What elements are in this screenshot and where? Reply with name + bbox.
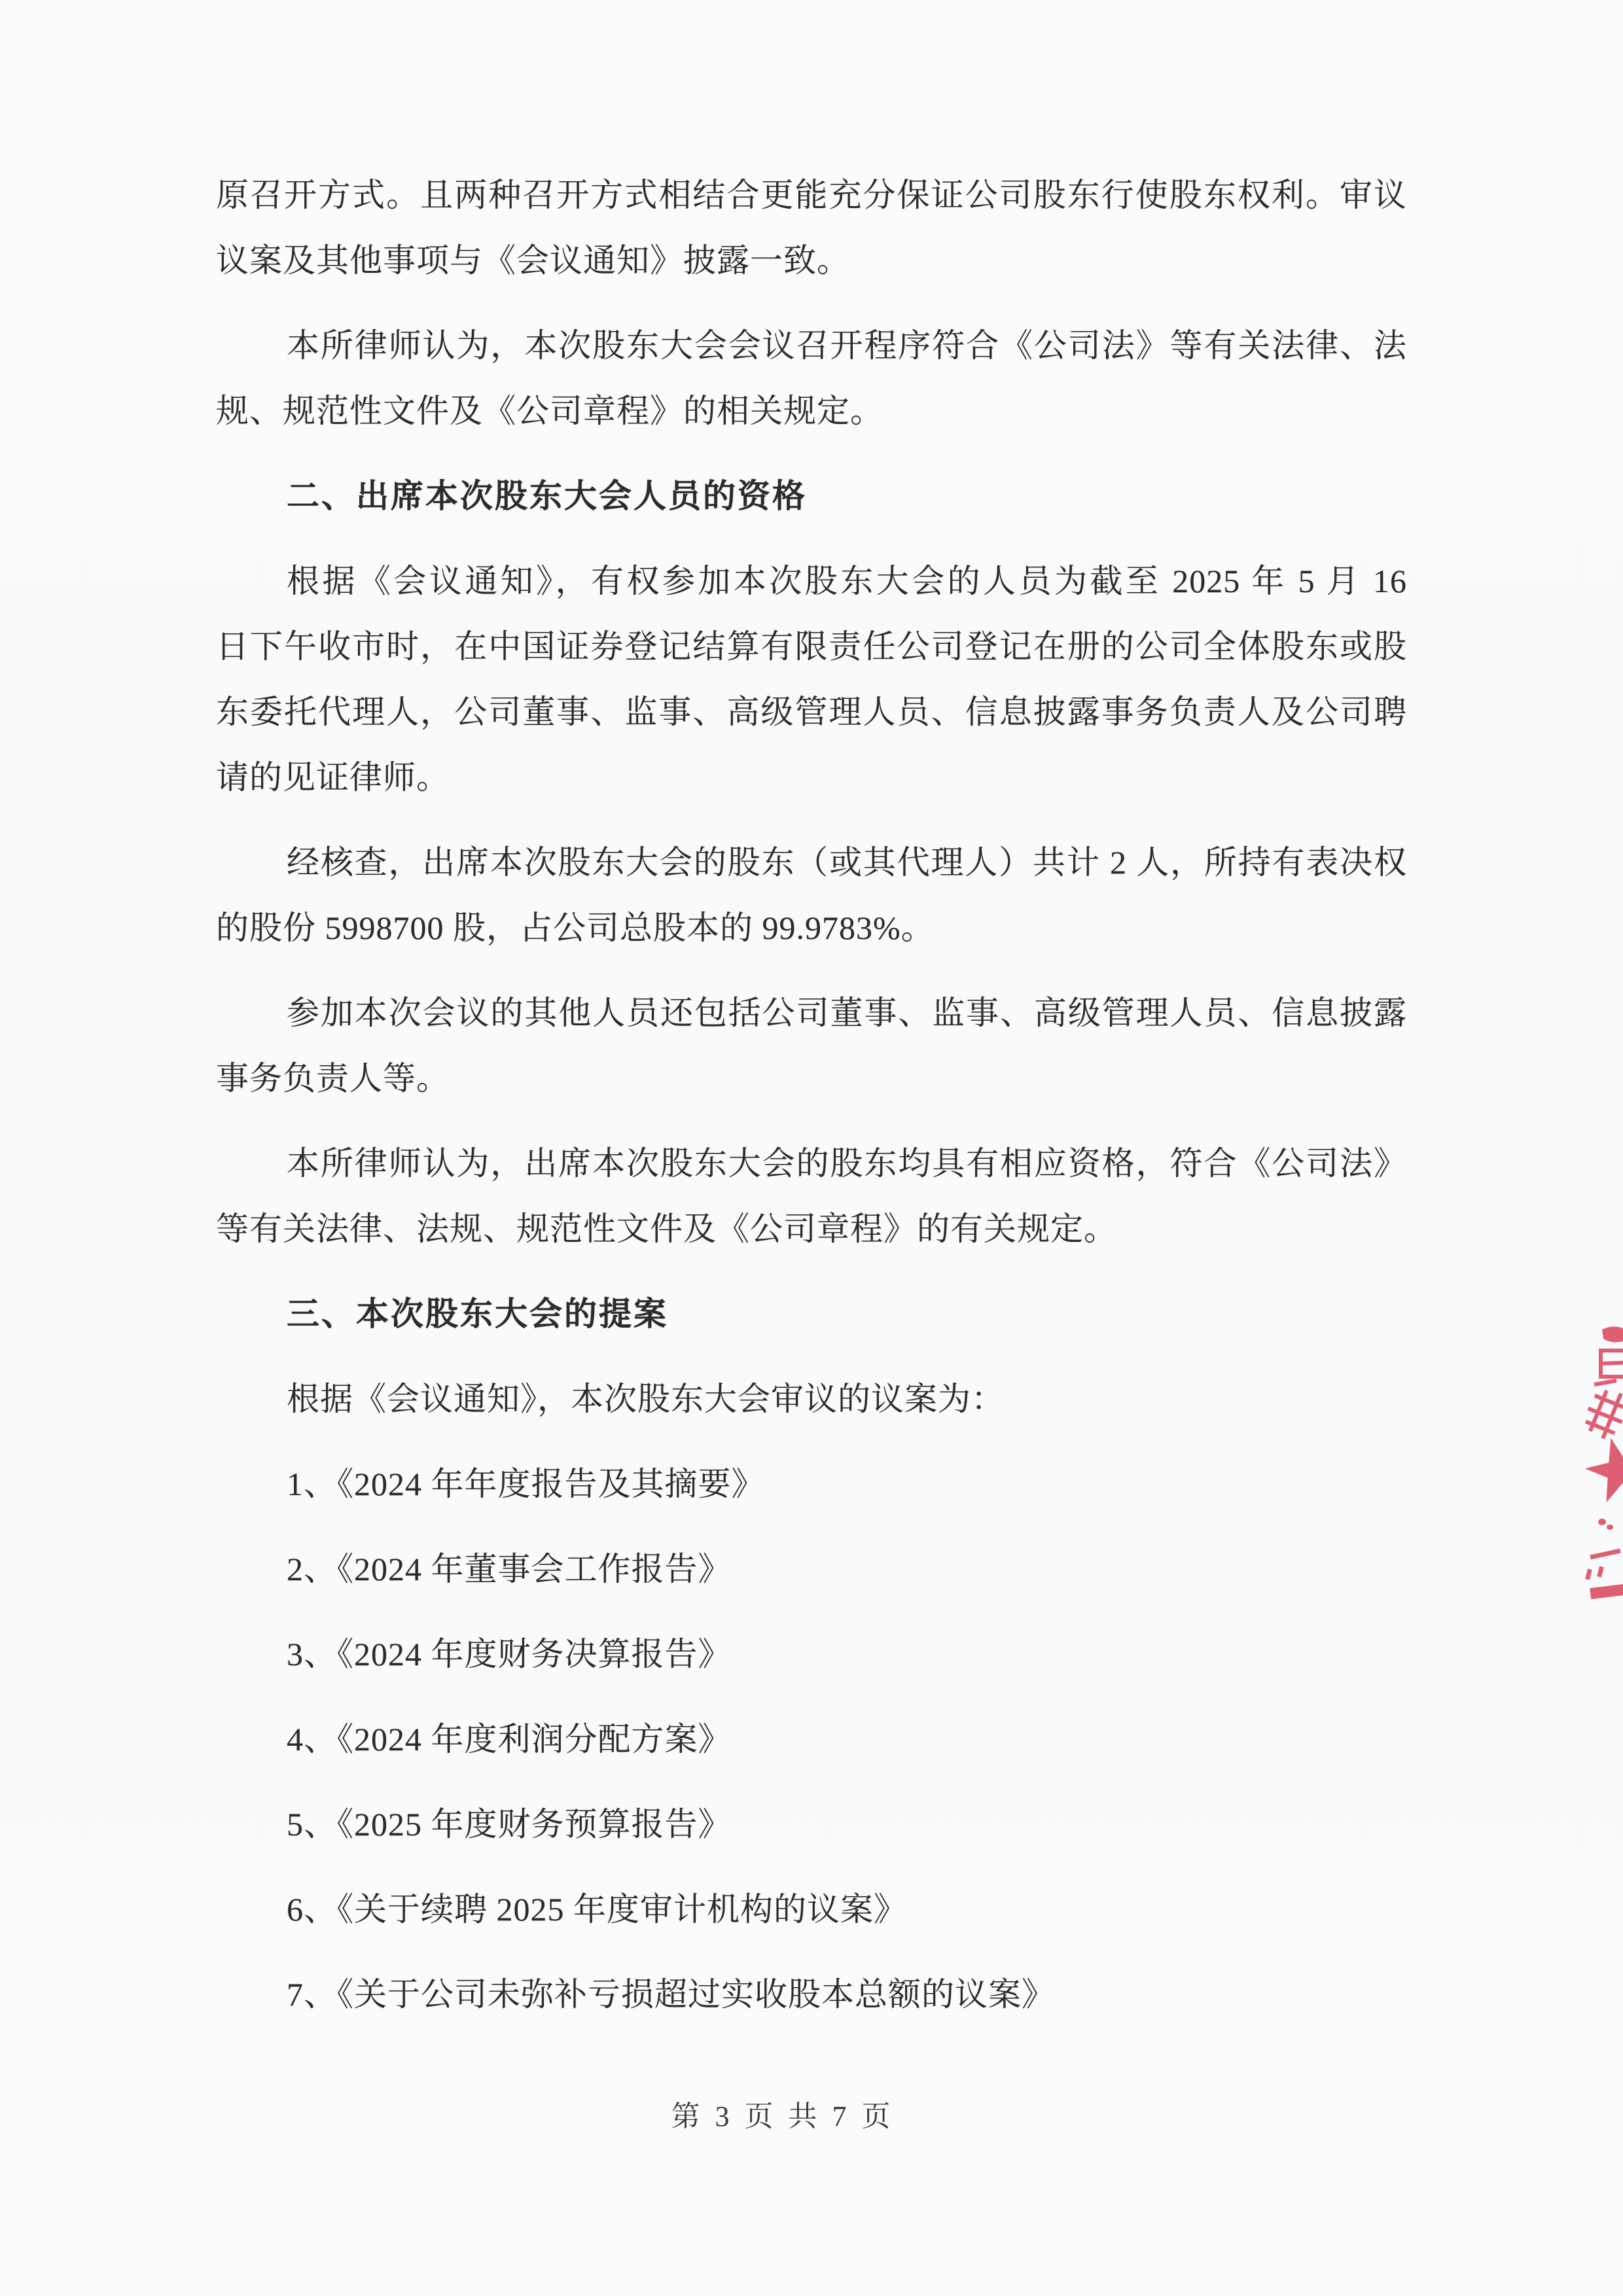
page-number-footer: 第 3 页 共 7 页 — [0, 2097, 1565, 2136]
text-line: 4、《2024 年度利润分配方案》 — [216, 1706, 1407, 1772]
document-page: 原召开方式。且两种召开方式相结合更能充分保证公司股东行使股东权利。审议议案及其他… — [0, 0, 1623, 2296]
proposal-list-item: 6、《关于续聘 2025 年度审计机构的议案》 — [216, 1877, 1407, 1942]
text-line: 事务负责人等。 — [216, 1046, 1407, 1111]
text-line: 6、《关于续聘 2025 年度审计机构的议案》 — [216, 1877, 1407, 1942]
proposal-list-item: 2、《2024 年董事会工作报告》 — [216, 1536, 1407, 1602]
section-heading: 三、本次股东大会的提案 — [216, 1281, 1407, 1347]
text-line: 根据《会议通知》，本次股东大会审议的议案为： — [216, 1366, 1407, 1432]
body-paragraph: 经核查，出席本次股东大会的股东（或其代理人）共计 2 人，所持有表决权的股份 5… — [216, 830, 1407, 961]
proposal-list-item: 4、《2024 年度利润分配方案》 — [216, 1706, 1407, 1772]
proposal-list-item: 3、《2024 年度财务决算报告》 — [216, 1621, 1407, 1687]
body-paragraph: 根据《会议通知》，有权参加本次股东大会的人员为截至 2025 年 5 月 16日… — [216, 548, 1407, 810]
body-paragraph: 本所律师认为，本次股东大会会议召开程序符合《公司法》等有关法律、法规、规范性文件… — [216, 313, 1407, 444]
text-line: 2、《2024 年董事会工作报告》 — [216, 1536, 1407, 1602]
body-paragraph: 参加本次会议的其他人员还包括公司董事、监事、高级管理人员、信息披露事务负责人等。 — [216, 980, 1407, 1111]
proposal-list-item: 5、《2025 年度财务预算报告》 — [216, 1792, 1407, 1857]
text-line: 参加本次会议的其他人员还包括公司董事、监事、高级管理人员、信息披露 — [216, 980, 1407, 1046]
text-line: 东委托代理人，公司董事、监事、高级管理人员、信息披露事务负责人及公司聘 — [216, 679, 1407, 745]
text-line: 7、《关于公司未弥补亏损超过实收股本总额的议案》 — [216, 1962, 1407, 2027]
official-seal-stamp-icon — [1564, 1322, 1623, 1610]
body-paragraph: 原召开方式。且两种召开方式相结合更能充分保证公司股东行使股东权利。审议议案及其他… — [216, 162, 1407, 293]
text-line: 5、《2025 年度财务预算报告》 — [216, 1792, 1407, 1857]
text-line: 三、本次股东大会的提案 — [216, 1281, 1407, 1347]
body-paragraph: 根据《会议通知》，本次股东大会审议的议案为： — [216, 1366, 1407, 1432]
text-line: 根据《会议通知》，有权参加本次股东大会的人员为截至 2025 年 5 月 16 — [216, 548, 1407, 614]
text-line: 请的见证律师。 — [216, 745, 1407, 810]
text-line: 3、《2024 年度财务决算报告》 — [216, 1621, 1407, 1687]
text-line: 等有关法律、法规、规范性文件及《公司章程》的有关规定。 — [216, 1196, 1407, 1262]
text-line: 规、规范性文件及《公司章程》的相关规定。 — [216, 378, 1407, 444]
text-line: 二、出席本次股东大会人员的资格 — [216, 463, 1407, 529]
proposal-list-item: 7、《关于公司未弥补亏损超过实收股本总额的议案》 — [216, 1962, 1407, 2027]
text-line: 原召开方式。且两种召开方式相结合更能充分保证公司股东行使股东权利。审议 — [216, 162, 1407, 228]
text-line: 1、《2024 年年度报告及其摘要》 — [216, 1451, 1407, 1517]
document-body: 原召开方式。且两种召开方式相结合更能充分保证公司股东行使股东权利。审议议案及其他… — [216, 162, 1407, 2027]
text-line: 日下午收市时，在中国证券登记结算有限责任公司登记在册的公司全体股东或股 — [216, 614, 1407, 679]
text-line: 本所律师认为，出席本次股东大会的股东均具有相应资格，符合《公司法》 — [216, 1131, 1407, 1196]
section-heading: 二、出席本次股东大会人员的资格 — [216, 463, 1407, 529]
text-line: 议案及其他事项与《会议通知》披露一致。 — [216, 228, 1407, 293]
text-line: 的股份 5998700 股，占公司总股本的 99.9783%。 — [216, 895, 1407, 961]
text-line: 经核查，出席本次股东大会的股东（或其代理人）共计 2 人，所持有表决权 — [216, 830, 1407, 895]
body-paragraph: 本所律师认为，出席本次股东大会的股东均具有相应资格，符合《公司法》等有关法律、法… — [216, 1131, 1407, 1262]
proposal-list-item: 1、《2024 年年度报告及其摘要》 — [216, 1451, 1407, 1517]
text-line: 本所律师认为，本次股东大会会议召开程序符合《公司法》等有关法律、法 — [216, 313, 1407, 378]
